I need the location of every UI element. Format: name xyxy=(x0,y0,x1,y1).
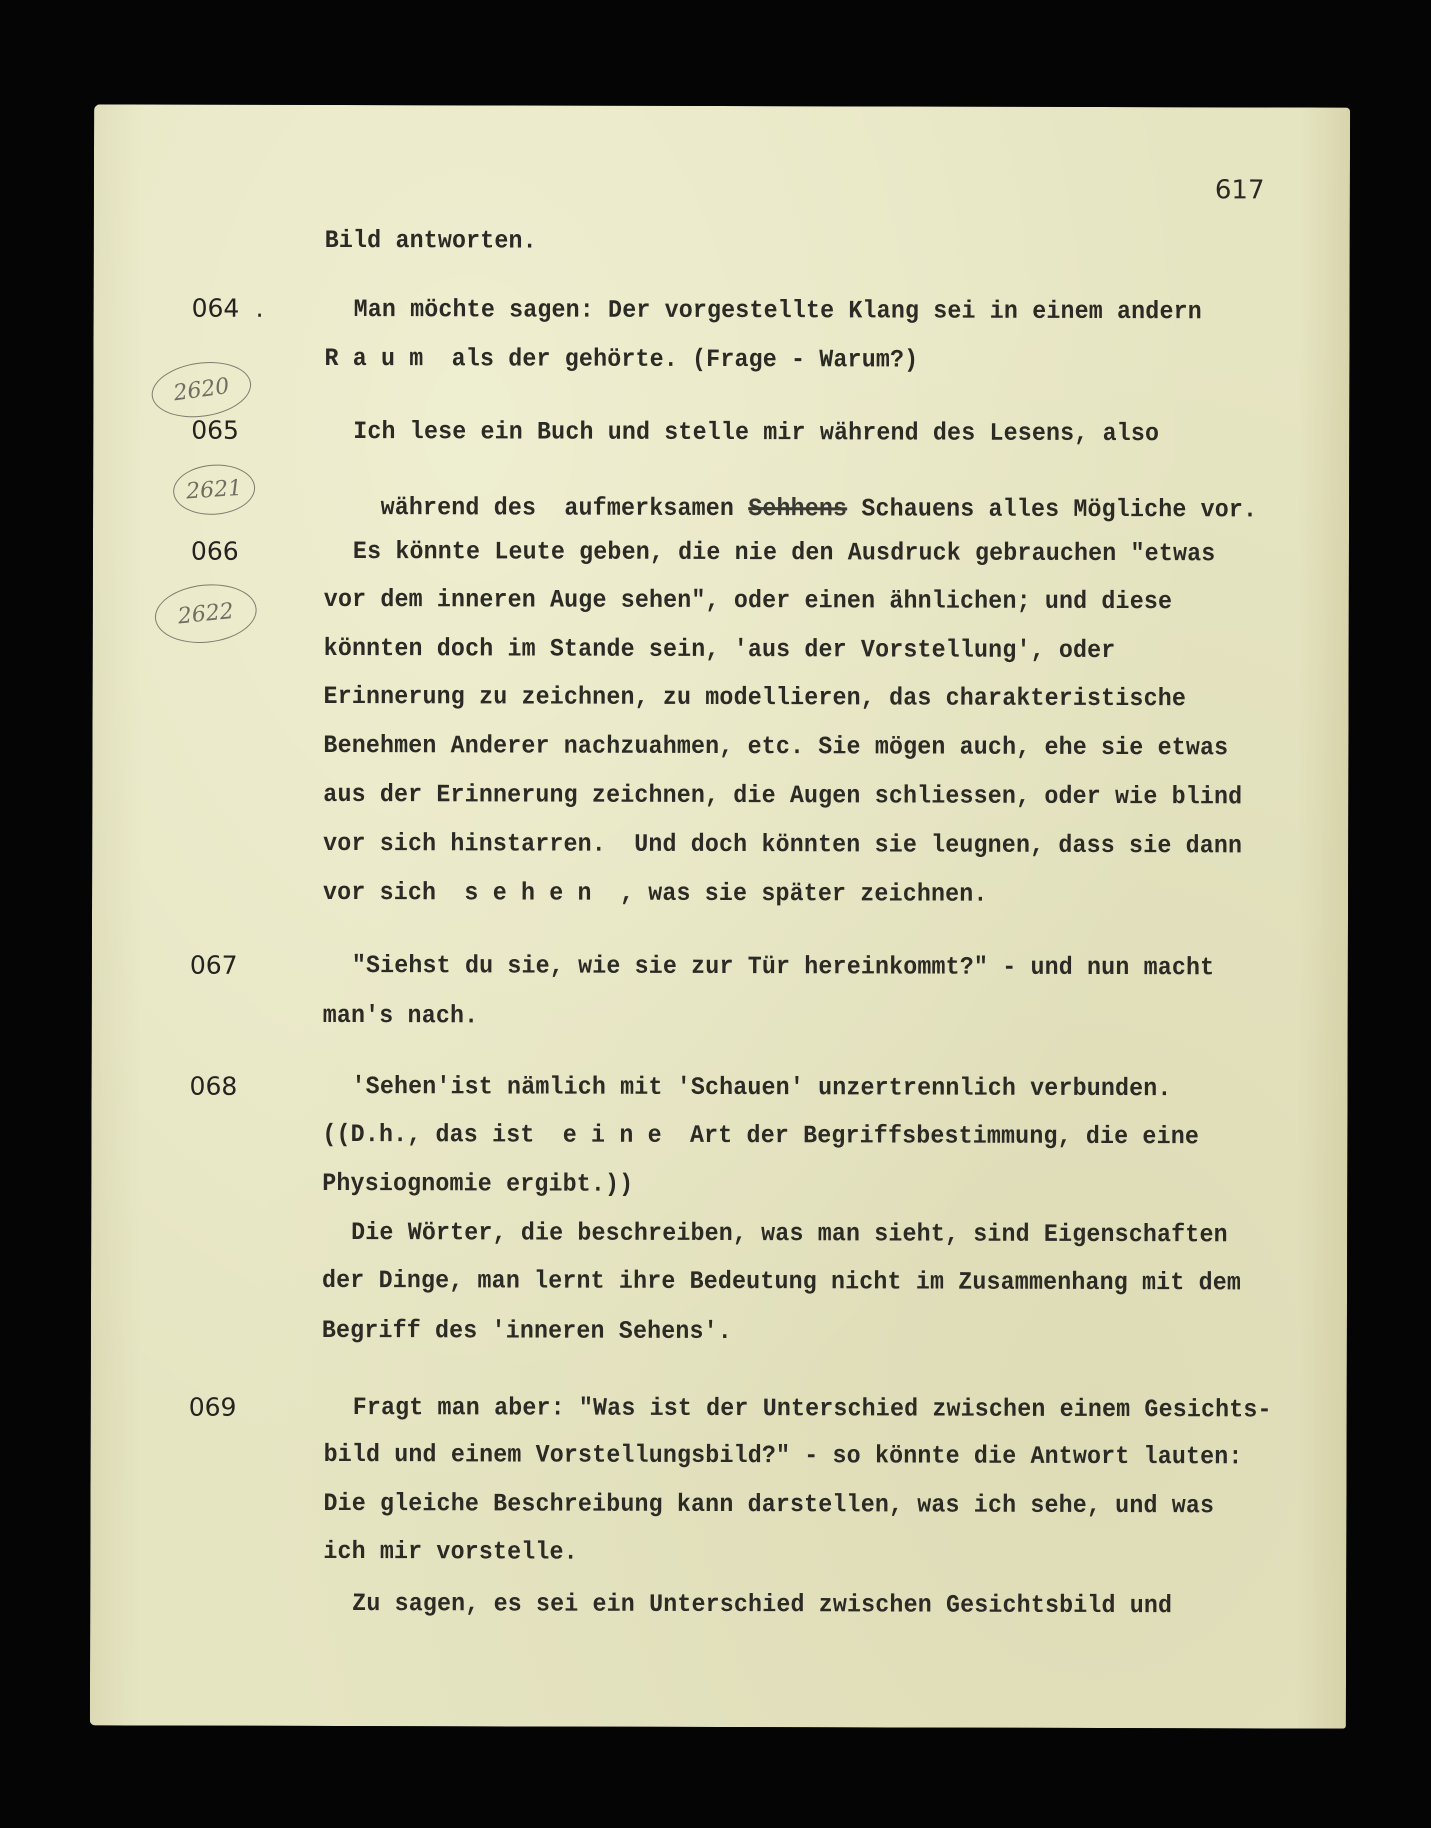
text-line: Fragt man aber: "Was ist der Unterschied… xyxy=(353,1393,1272,1425)
text-line: R a u m als der gehörte. (Frage - Warum?… xyxy=(324,344,918,376)
text-line: Benehmen Anderer nachzuahmen, etc. Sie m… xyxy=(323,731,1228,763)
text-line: Physiognomie ergibt.)) xyxy=(322,1169,633,1200)
text-line: bild und einem Vorstellungsbild?" - so k… xyxy=(324,1440,1243,1472)
text-line: vor sich s e h e n , was sie später zeic… xyxy=(323,878,988,910)
text-line: vor dem inneren Auge sehen", oder einen … xyxy=(324,585,1172,617)
remark-number-067: 067 xyxy=(190,951,238,981)
text-line: ((D.h., das ist e i n e Art der Begriffs… xyxy=(322,1120,1199,1152)
text-line: könnten doch im Stande sein, 'aus der Vo… xyxy=(324,634,1116,666)
text-line: Die Wörter, die beschreiben, was man sie… xyxy=(351,1218,1228,1250)
archive-reference-2621: 2621 xyxy=(172,462,257,517)
text-segment: während des aufmerksamen xyxy=(381,493,749,523)
remark-number-065: 065 xyxy=(191,416,239,446)
page-number: 617 xyxy=(1215,175,1265,205)
text-line: Begriff des 'inneren Sehens'. xyxy=(322,1316,732,1347)
text-line: Die gleiche Beschreibung kann darstellen… xyxy=(323,1489,1214,1521)
text-line: aus der Erinnerung zeichnen, die Augen s… xyxy=(323,780,1242,812)
struck-out-word: Sehhens xyxy=(748,494,847,523)
archive-reference-text: 2621 xyxy=(185,475,243,504)
text-line: vor sich hinstarren. Und doch könnten si… xyxy=(323,829,1242,861)
text-line: 'Sehen'ist nämlich mit 'Schauen' unzertr… xyxy=(352,1072,1172,1104)
text-line: der Dinge, man lernt ihre Bedeutung nich… xyxy=(322,1266,1241,1298)
remark-number-064: 064 xyxy=(192,294,240,324)
archive-reference-text: 2622 xyxy=(177,598,235,629)
text-segment: Schauens alles Mögliche vor. xyxy=(847,494,1257,524)
text-line: Ich lese ein Buch und stelle mir während… xyxy=(353,417,1159,449)
archive-reference-2620: 2620 xyxy=(148,356,254,423)
typescript-page: 617 Bild antworten. 064 . 2620 Man möcht… xyxy=(90,104,1350,1728)
archive-reference-2622: 2622 xyxy=(152,580,259,648)
archive-reference-text: 2620 xyxy=(172,373,231,405)
remark-number-068: 068 xyxy=(190,1072,238,1102)
remark-marker: . xyxy=(256,294,264,324)
text-line: Es könnte Leute geben, die nie den Ausdr… xyxy=(353,537,1216,569)
remark-number-066: 066 xyxy=(191,537,239,567)
text-line: Erinnerung zu zeichnen, zu modellieren, … xyxy=(324,682,1187,714)
text-line: ich mir vorstelle. xyxy=(323,1537,578,1568)
text-line: Zu sagen, es sei ein Unterschied zwische… xyxy=(352,1589,1172,1621)
text-line: Man möchte sagen: Der vorgestellte Klang… xyxy=(354,295,1202,327)
text-line: Bild antworten. xyxy=(325,226,537,257)
text-line: man's nach. xyxy=(323,1001,479,1031)
remark-number-069: 069 xyxy=(189,1393,237,1423)
text-line: "Siehst du sie, wie sie zur Tür hereinko… xyxy=(352,951,1215,983)
